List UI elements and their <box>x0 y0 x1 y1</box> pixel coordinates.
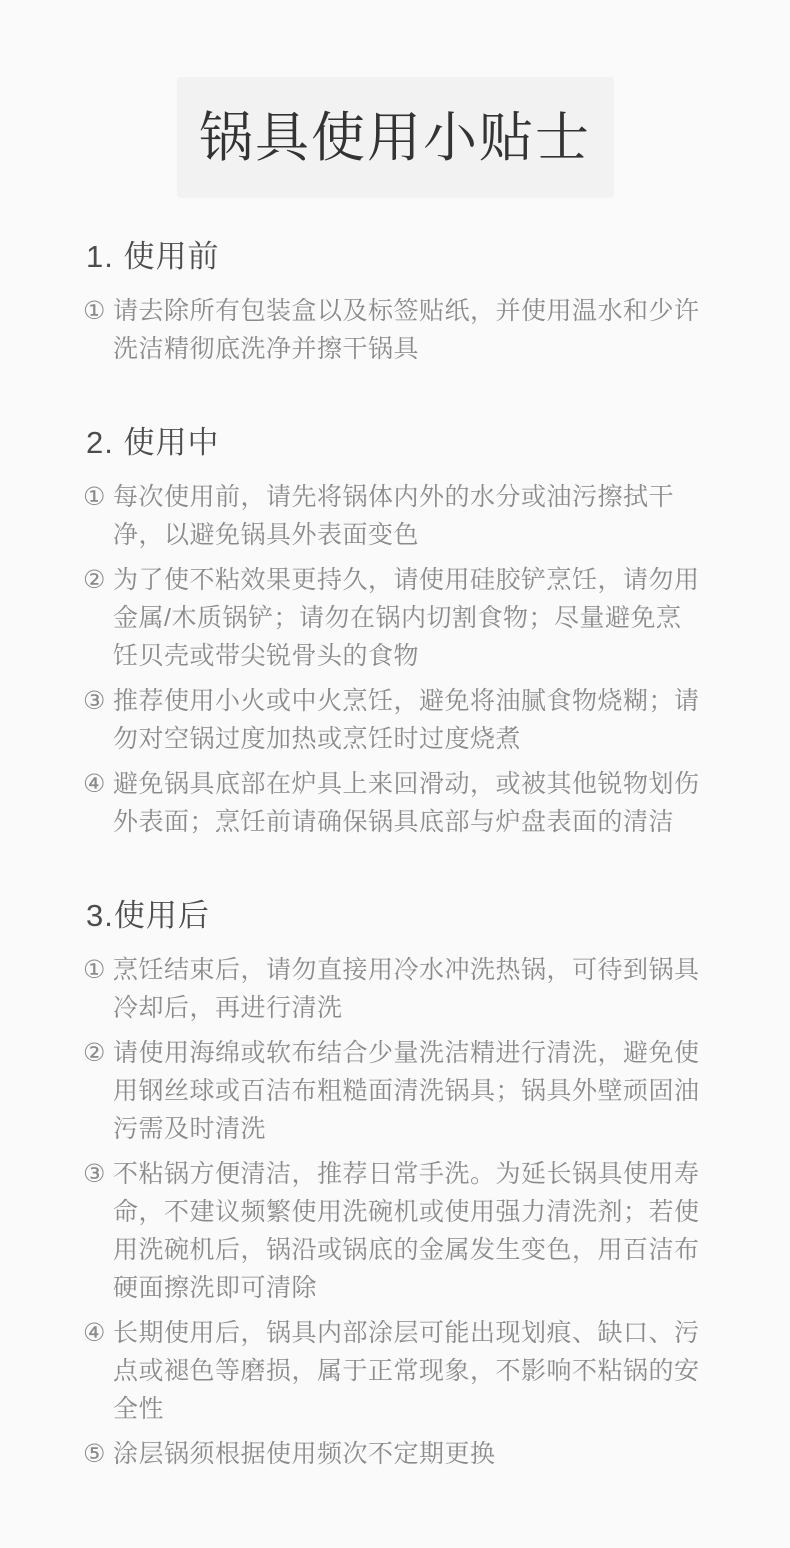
item-text: 请去除所有包装盒以及标签贴纸，并使用温水和少许洗洁精彻底洗净并擦干锅具 <box>113 292 705 368</box>
item-text: 每次使用前，请先将锅体内外的水分或油污擦拭干净，以避免锅具外表面变色 <box>113 478 705 554</box>
item-text: 为了使不粘效果更持久，请使用硅胶铲烹饪，请勿用金属/木质锅铲；请勿在锅内切割食物… <box>113 561 705 675</box>
item-marker: ③ <box>83 1155 113 1193</box>
item-text: 涂层锅须根据使用频次不定期更换 <box>113 1435 705 1473</box>
item-marker: ① <box>83 478 113 516</box>
title-panel: 锅具使用小贴士 <box>177 77 614 198</box>
section-before-use: 1. 使用前 ① 请去除所有包装盒以及标签贴纸，并使用温水和少许洗洁精彻底洗净并… <box>83 240 720 368</box>
list-item: ③ 不粘锅方便清洁，推荐日常手洗。为延长锅具使用寿命，不建议频繁使用洗碗机或使用… <box>83 1155 720 1307</box>
list-item: ④ 避免锅具底部在炉具上来回滑动，或被其他锐物划伤外表面；烹饪前请确保锅具底部与… <box>83 765 720 841</box>
item-text: 烹饪结束后，请勿直接用冷水冲洗热锅，可待到锅具冷却后，再进行清洗 <box>113 951 705 1027</box>
item-marker: ② <box>83 561 113 599</box>
tip-list: ① 每次使用前，请先将锅体内外的水分或油污擦拭干净，以避免锅具外表面变色 ② 为… <box>83 478 720 841</box>
page-title: 锅具使用小贴士 <box>199 111 591 165</box>
item-marker: ② <box>83 1034 113 1072</box>
item-marker: ① <box>83 951 113 989</box>
section-heading: 2. 使用中 <box>83 426 720 460</box>
section-heading: 3.使用后 <box>83 899 720 933</box>
section-after-use: 3.使用后 ① 烹饪结束后，请勿直接用冷水冲洗热锅，可待到锅具冷却后，再进行清洗… <box>83 899 720 1473</box>
tips-page: 锅具使用小贴士 1. 使用前 ① 请去除所有包装盒以及标签贴纸，并使用温水和少许… <box>0 0 790 1548</box>
tips-content: 1. 使用前 ① 请去除所有包装盒以及标签贴纸，并使用温水和少许洗洁精彻底洗净并… <box>0 240 790 1473</box>
list-item: ① 请去除所有包装盒以及标签贴纸，并使用温水和少许洗洁精彻底洗净并擦干锅具 <box>83 292 720 368</box>
item-text: 请使用海绵或软布结合少量洗洁精进行清洗，避免使用钢丝球或百洁布粗糙面清洗锅具；锅… <box>113 1034 705 1148</box>
list-item: ③ 推荐使用小火或中火烹饪，避免将油腻食物烧糊；请勿对空锅过度加热或烹饪时过度烧… <box>83 682 720 758</box>
section-during-use: 2. 使用中 ① 每次使用前，请先将锅体内外的水分或油污擦拭干净，以避免锅具外表… <box>83 426 720 841</box>
section-heading: 1. 使用前 <box>83 240 720 274</box>
item-text: 避免锅具底部在炉具上来回滑动，或被其他锐物划伤外表面；烹饪前请确保锅具底部与炉盘… <box>113 765 705 841</box>
list-item: ① 烹饪结束后，请勿直接用冷水冲洗热锅，可待到锅具冷却后，再进行清洗 <box>83 951 720 1027</box>
item-marker: ⑤ <box>83 1435 113 1473</box>
list-item: ④ 长期使用后，锅具内部涂层可能出现划痕、缺口、污点或褪色等磨损，属于正常现象，… <box>83 1314 720 1428</box>
list-item: ② 请使用海绵或软布结合少量洗洁精进行清洗，避免使用钢丝球或百洁布粗糙面清洗锅具… <box>83 1034 720 1148</box>
item-marker: ④ <box>83 765 113 803</box>
tip-list: ① 烹饪结束后，请勿直接用冷水冲洗热锅，可待到锅具冷却后，再进行清洗 ② 请使用… <box>83 951 720 1473</box>
item-marker: ④ <box>83 1314 113 1352</box>
item-text: 长期使用后，锅具内部涂层可能出现划痕、缺口、污点或褪色等磨损，属于正常现象，不影… <box>113 1314 705 1428</box>
item-marker: ③ <box>83 682 113 720</box>
item-marker: ① <box>83 292 113 330</box>
list-item: ① 每次使用前，请先将锅体内外的水分或油污擦拭干净，以避免锅具外表面变色 <box>83 478 720 554</box>
item-text: 不粘锅方便清洁，推荐日常手洗。为延长锅具使用寿命，不建议频繁使用洗碗机或使用强力… <box>113 1155 705 1307</box>
list-item: ② 为了使不粘效果更持久，请使用硅胶铲烹饪，请勿用金属/木质锅铲；请勿在锅内切割… <box>83 561 720 675</box>
item-text: 推荐使用小火或中火烹饪，避免将油腻食物烧糊；请勿对空锅过度加热或烹饪时过度烧煮 <box>113 682 705 758</box>
list-item: ⑤ 涂层锅须根据使用频次不定期更换 <box>83 1435 720 1473</box>
tip-list: ① 请去除所有包装盒以及标签贴纸，并使用温水和少许洗洁精彻底洗净并擦干锅具 <box>83 292 720 368</box>
